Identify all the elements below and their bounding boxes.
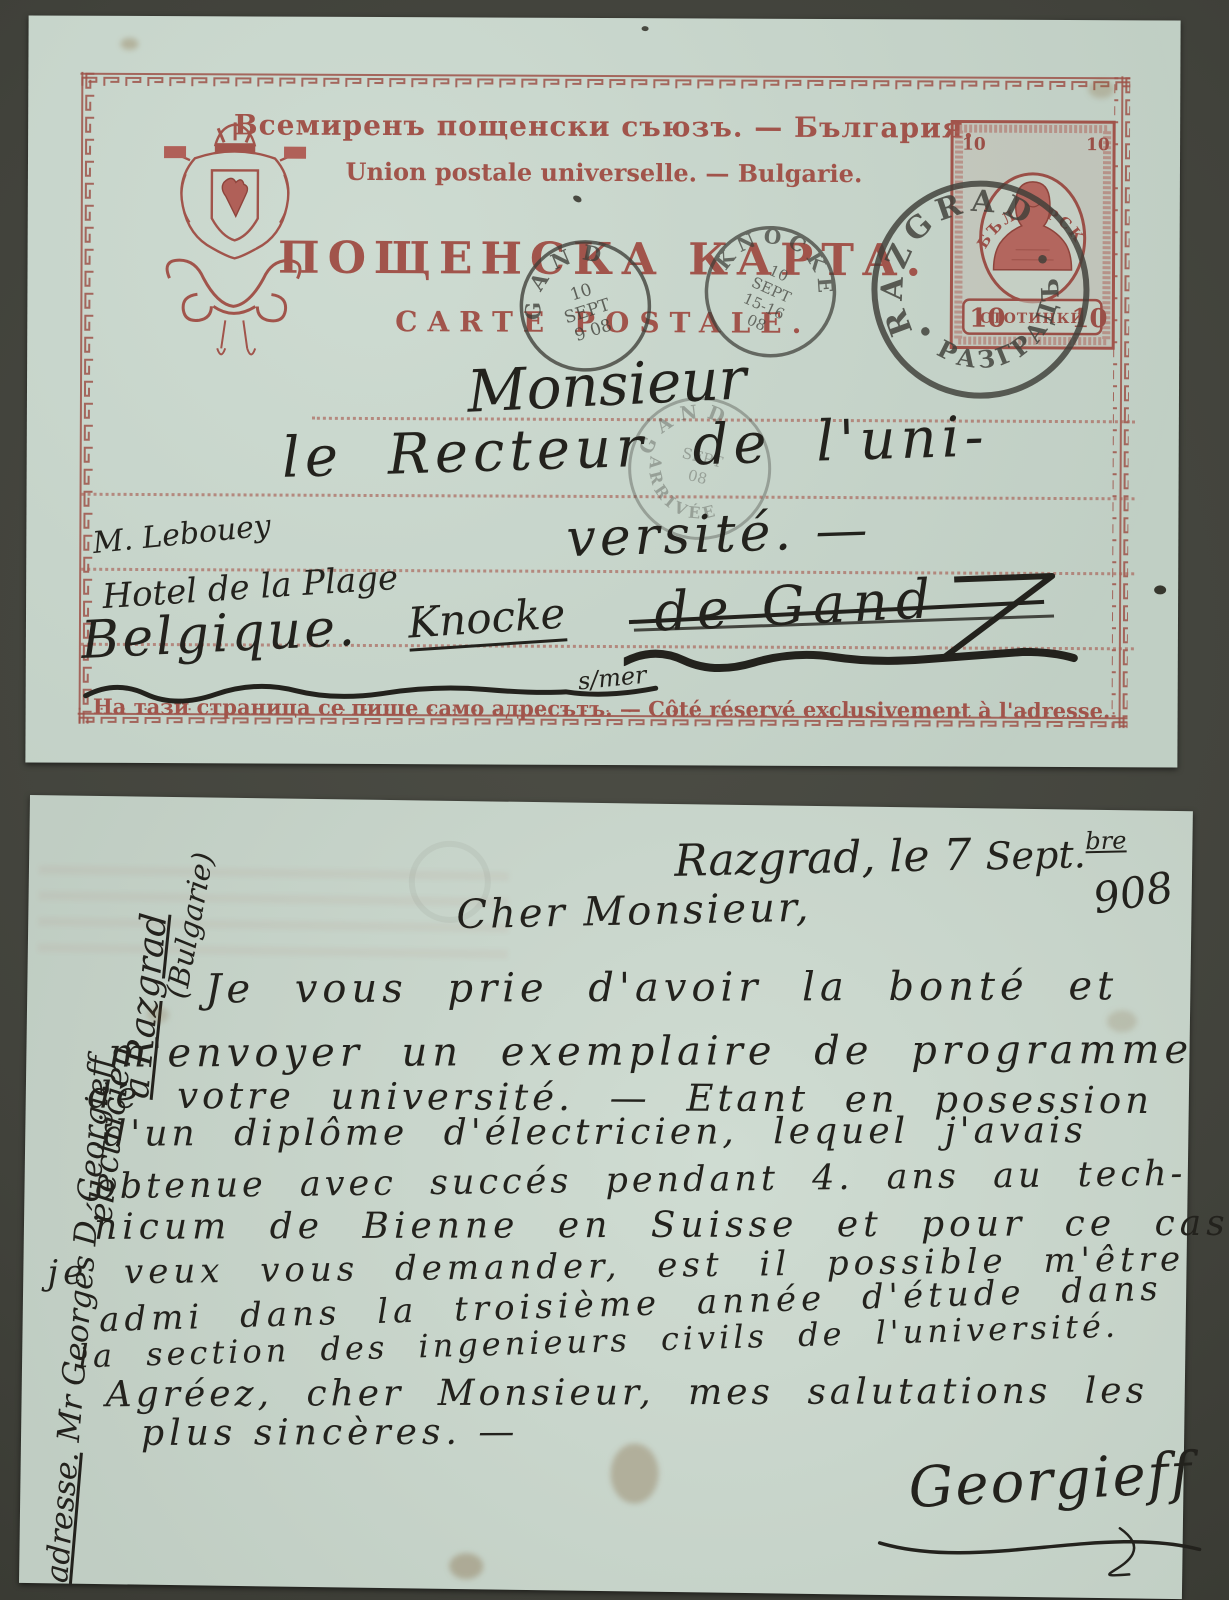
ink-speck <box>642 26 649 31</box>
foxing-stain <box>147 1007 169 1023</box>
message-salutation: Cher Monsieur, <box>456 888 812 935</box>
address-crossed-out-destination: de Gand <box>624 570 1185 702</box>
foxing-stain <box>1088 80 1114 98</box>
message-line: d'un diplôme d'électricien, lequel j'ava… <box>103 1113 1087 1152</box>
message-line: m'envoyer un exemplaire de programme <box>108 1030 1193 1074</box>
message-line: obtenue avec succés pendant 4. ans au te… <box>94 1157 1186 1205</box>
address-versite-line: versité. — <box>566 504 873 565</box>
dateline-month-sup: bre <box>1085 826 1127 855</box>
signature: Georgieff <box>907 1445 1194 1517</box>
address-country: Belgique. <box>80 602 359 667</box>
foxing-stain <box>449 1553 483 1579</box>
foxing-stain <box>610 1443 659 1504</box>
stamp-value-topright: 10 <box>1086 135 1110 155</box>
dateline: Razgrad, le 7 Sept.bre 908 <box>674 828 1127 883</box>
print-showthrough-ghost <box>38 865 509 962</box>
message-line: Je vous prie d'avoir la bonté et <box>205 966 1118 1009</box>
address-town: Knocke <box>407 592 567 651</box>
postcard-scan: Всемиренъ пощенски съюзъ. — България. Un… <box>0 0 1229 1600</box>
dateline-year: 908 <box>1090 866 1176 920</box>
foxing-stain <box>1107 1010 1137 1032</box>
postcard-back: adresse. Mr Georges D. Georgieff électri… <box>19 795 1193 1599</box>
dateline-place-day: Razgrad, le 7 <box>674 830 972 887</box>
message-line: plus sincères. — <box>141 1415 519 1452</box>
postcard-front: Всемиренъ пощенски съюзъ. — България. Un… <box>25 15 1180 767</box>
address-monsieur: Monsieur <box>466 349 748 420</box>
dateline-month: Sept. <box>985 832 1086 878</box>
margin-adresse-label: adresse. <box>39 1450 86 1584</box>
foxing-stain <box>120 38 138 50</box>
message-line: Agréez, cher Monsieur, mes salutations l… <box>106 1374 1148 1414</box>
signature-flourish <box>869 1519 1210 1584</box>
